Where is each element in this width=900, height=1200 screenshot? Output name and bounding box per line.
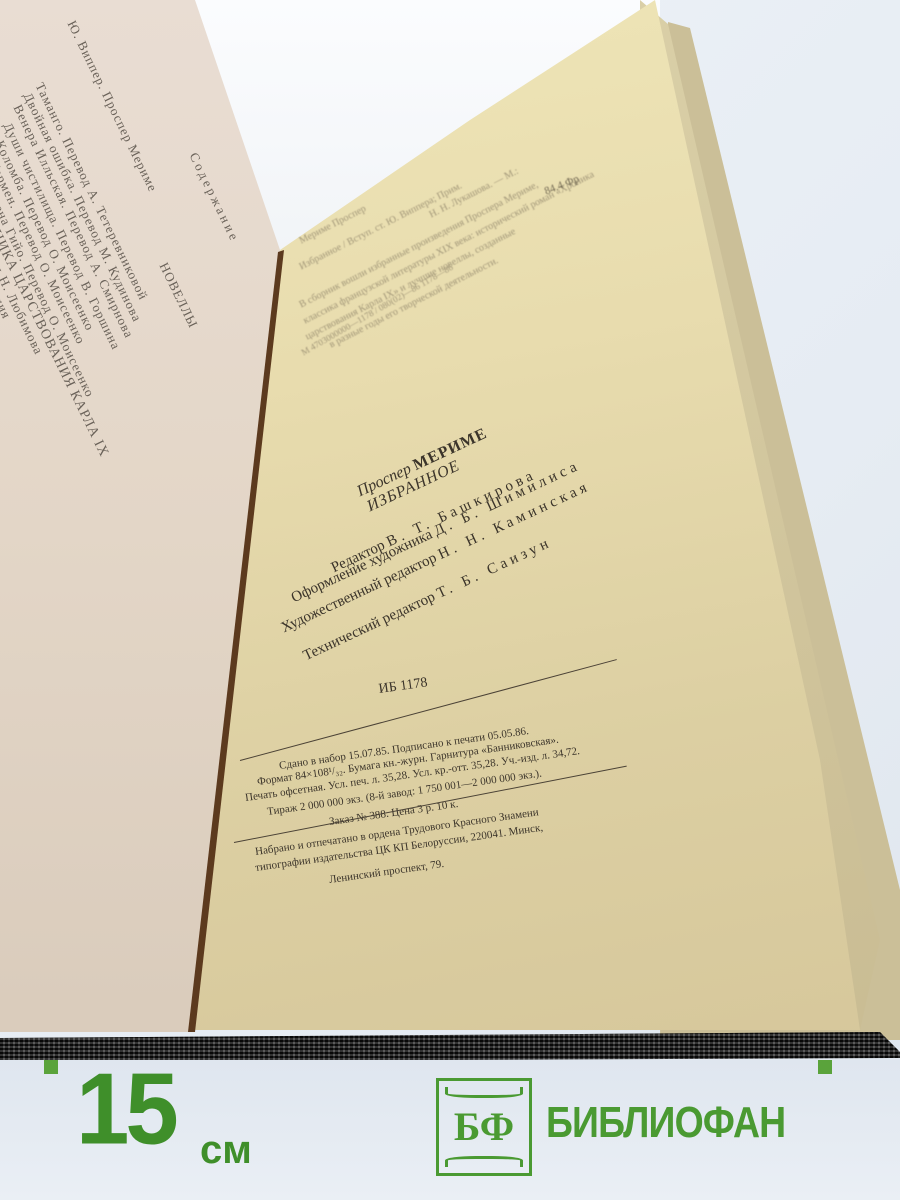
open-book-icon [445, 1087, 523, 1098]
open-book-icon [445, 1156, 523, 1167]
logo-letters: БФ [439, 1107, 529, 1147]
photo-scene: Содержание Ю. Виппер. Проспер Мериме НОВ… [0, 0, 900, 1200]
bibliofan-logo-icon: БФ [436, 1078, 532, 1176]
ruler-tick [818, 1060, 832, 1074]
size-unit: см [200, 1128, 252, 1173]
brand-name: БИБЛИОФАН [546, 1098, 785, 1148]
ruler-tick [44, 1060, 58, 1074]
size-number: 15 [76, 1060, 175, 1161]
